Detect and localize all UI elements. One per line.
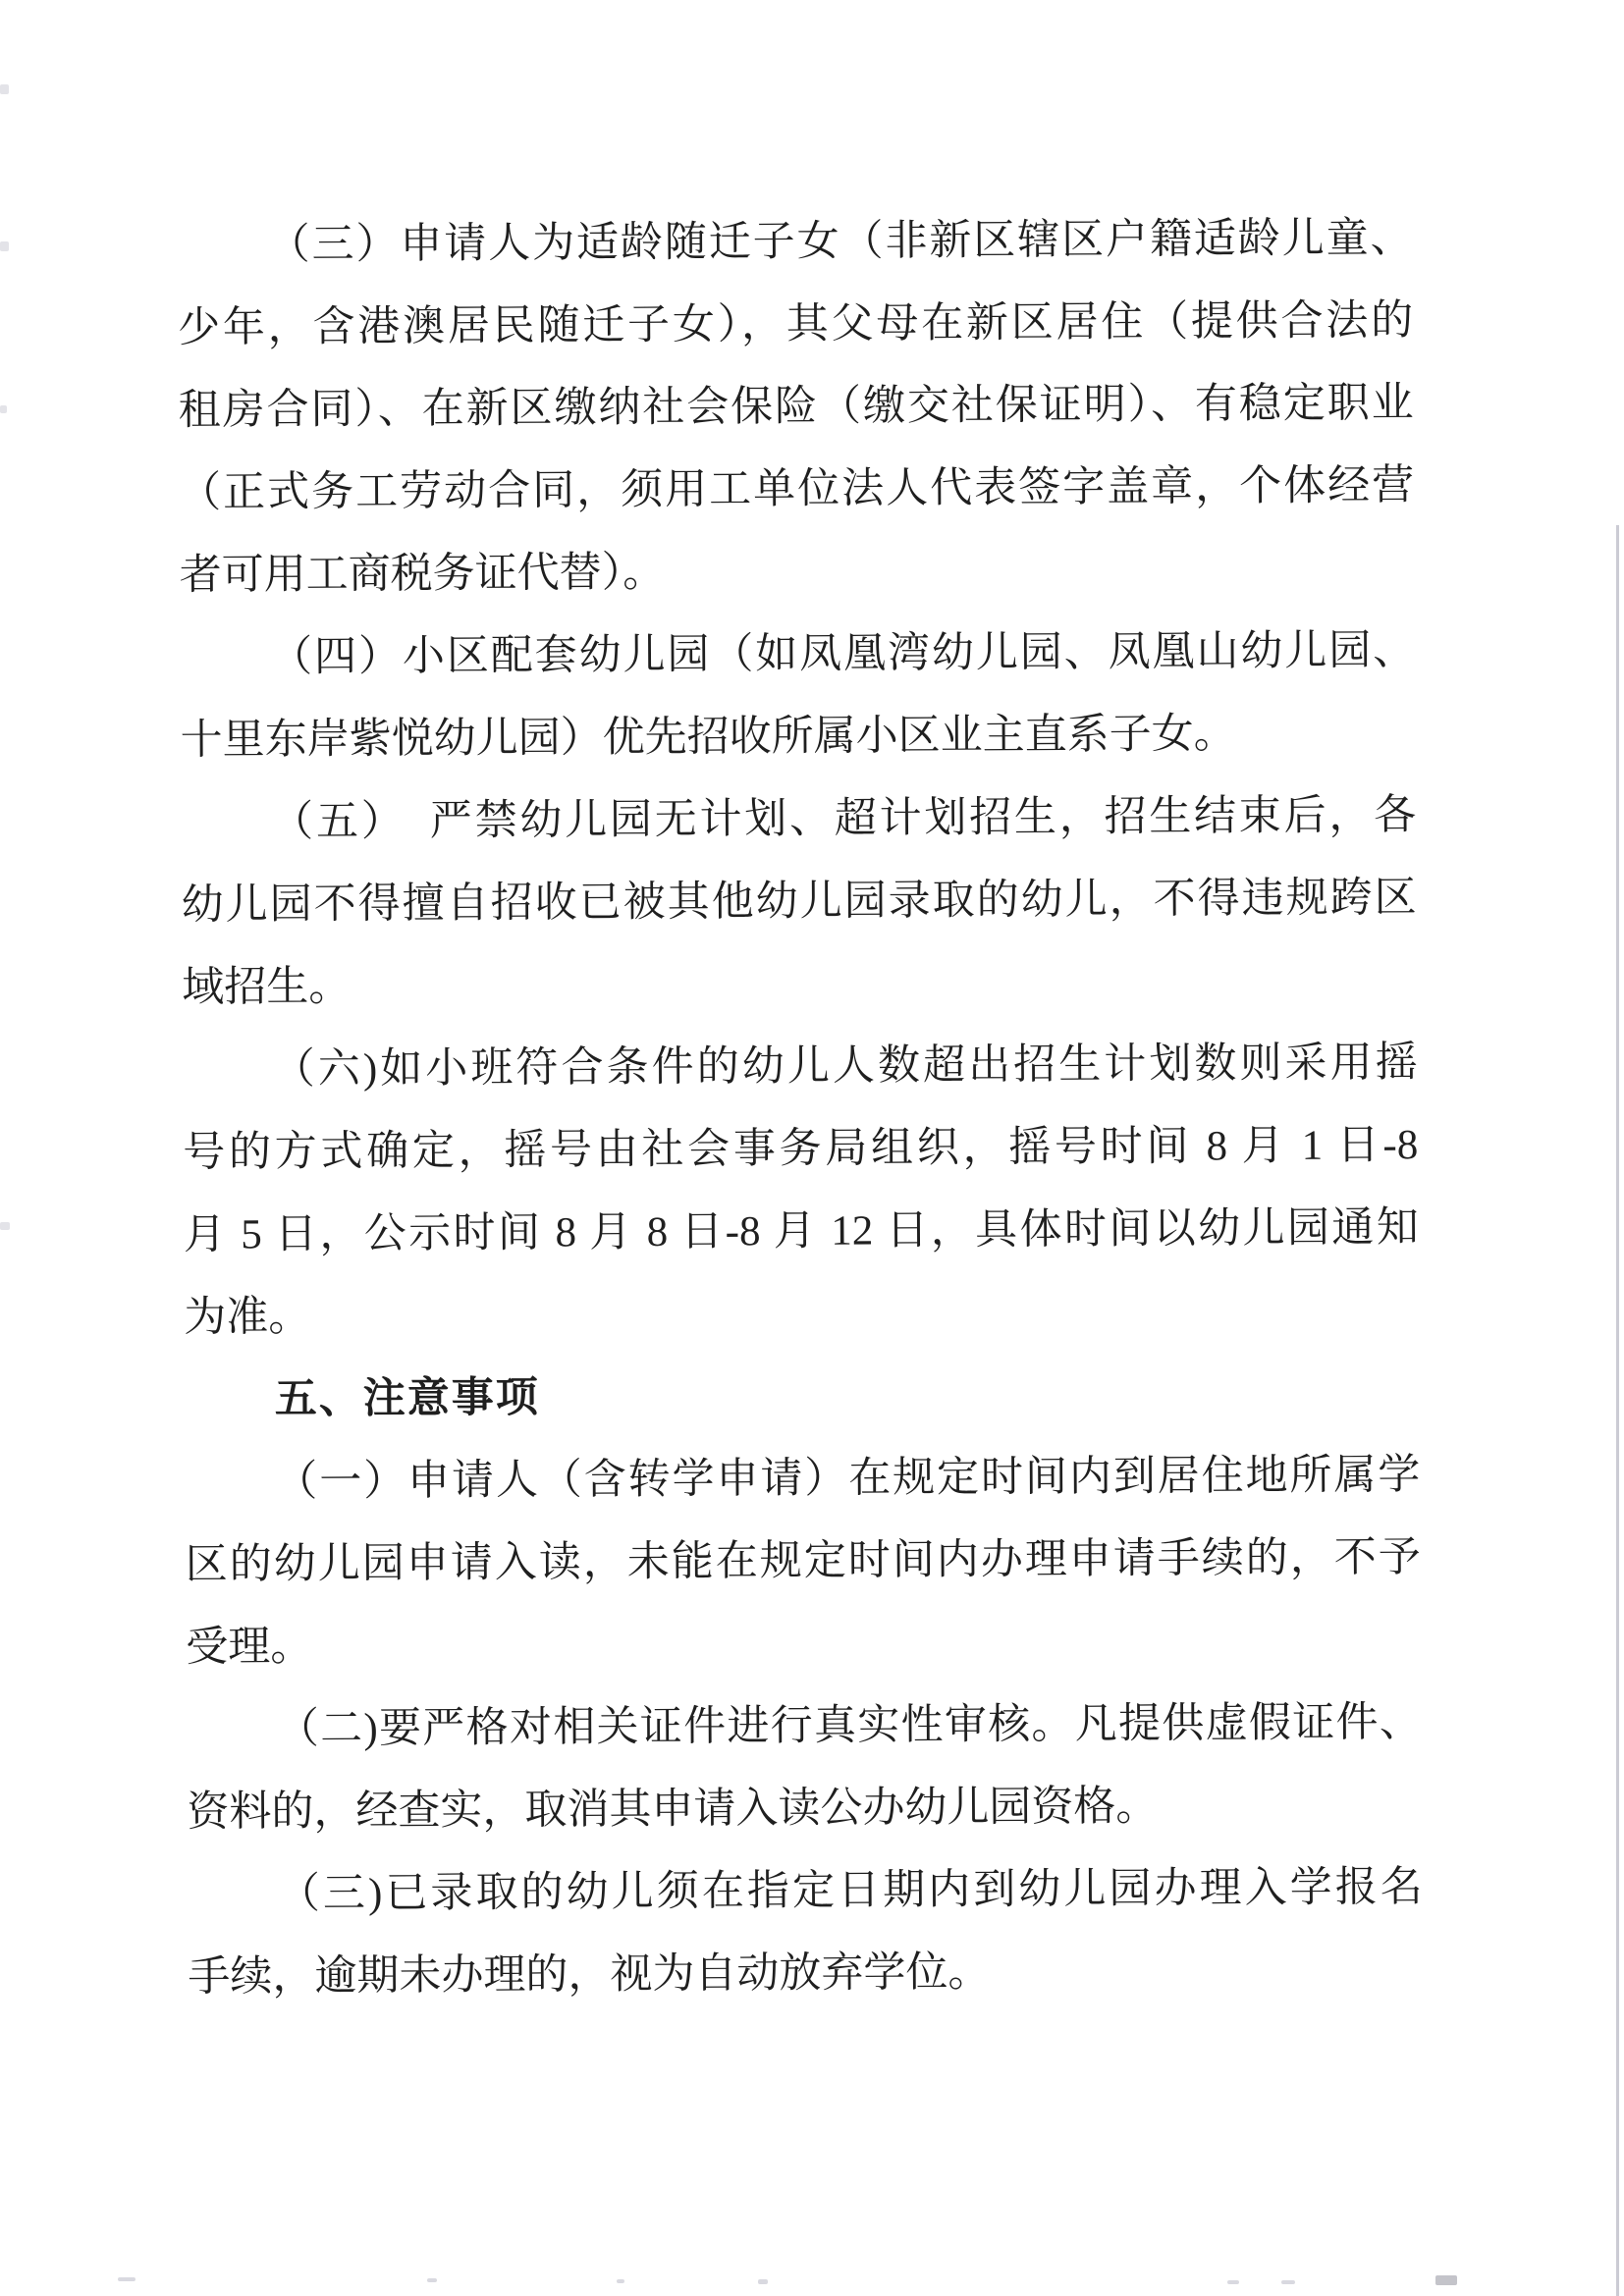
text-line: 区的幼儿园申请入读，未能在规定时间内办理申请手续的，不予 [186, 1517, 1421, 1607]
text-line: （二)要严格对相关证件进行真实性审核。凡提供虚假证件、 [187, 1682, 1422, 1772]
text-line: （四）小区配套幼儿园（如凤凰湾幼儿园、凤凰山幼儿园、 [180, 610, 1415, 700]
text-line: （五） 严禁幼儿园无计划、超计划招生，招生结束后，各 [181, 774, 1416, 865]
text-line: （一）申请人（含转学申请）在规定时间内到居住地所属学 [185, 1434, 1420, 1524]
text-line: 月 5 日，公示时间 8 月 8 日-8 月 12 日，具体时间以幼儿园通知 [184, 1187, 1419, 1277]
text-line: （三)已录取的幼儿须在指定日期内到幼儿园办理入学报名 [188, 1846, 1423, 1937]
section-heading: 五、注意事项 [185, 1352, 1420, 1442]
text-line: （六)如小班符合条件的幼儿人数超出招生计划数则采用摇 [182, 1022, 1417, 1112]
text-line: （三）申请人为适龄随迁子女（非新区辖区户籍适龄儿童、 [177, 197, 1412, 288]
scan-speck [0, 405, 7, 413]
text-line: 租房合同）、在新区缴纳社会保险（缴交社保证明）、有稳定职业 [178, 362, 1413, 453]
scan-speck [1435, 2275, 1457, 2285]
text-line: 域招生。 [182, 939, 1417, 1030]
scan-speck [1227, 2280, 1239, 2284]
text-line: 十里东岸紫悦幼儿园）优先招收所属小区业主直系子女。 [180, 692, 1415, 782]
text-line: 号的方式确定，摇号由社会事务局组织，摇号时间 8 月 1 日-8 [183, 1104, 1418, 1195]
text-line: 者可用工商税务证代替）。 [179, 527, 1414, 617]
scan-speck [0, 1222, 10, 1230]
scan-speck [0, 241, 9, 251]
text-line: 为准。 [184, 1269, 1419, 1360]
text-line: 少年，含港澳居民随迁子女），其父母在新区居住（提供合法的 [178, 280, 1413, 370]
scan-edge-shadow [1616, 525, 1619, 2296]
text-line: 受理。 [186, 1599, 1421, 1689]
scan-speck [0, 84, 9, 94]
text-line: 手续，逾期未办理的，视为自动放弃学位。 [188, 1929, 1423, 2019]
document-text-block: （三）申请人为适龄随迁子女（非新区辖区户籍适龄儿童、 少年，含港澳居民随迁子女）… [177, 197, 1423, 2019]
text-line: 资料的，经查实，取消其申请入读公办幼儿园资格。 [187, 1764, 1422, 1854]
scan-speck [617, 2279, 624, 2283]
scan-speck [1281, 2280, 1295, 2284]
scan-speck [758, 2279, 768, 2284]
document-page: （三）申请人为适龄随迁子女（非新区辖区户籍适龄儿童、 少年，含港澳居民随迁子女）… [0, 0, 1624, 2296]
scan-speck [118, 2277, 135, 2281]
text-line: 幼儿园不得擅自招收已被其他幼儿园录取的幼儿，不得违规跨区 [181, 857, 1416, 947]
text-line: （正式务工劳动合同，须用工单位法人代表签字盖章，个体经营 [179, 445, 1414, 535]
scan-speck [427, 2278, 437, 2282]
